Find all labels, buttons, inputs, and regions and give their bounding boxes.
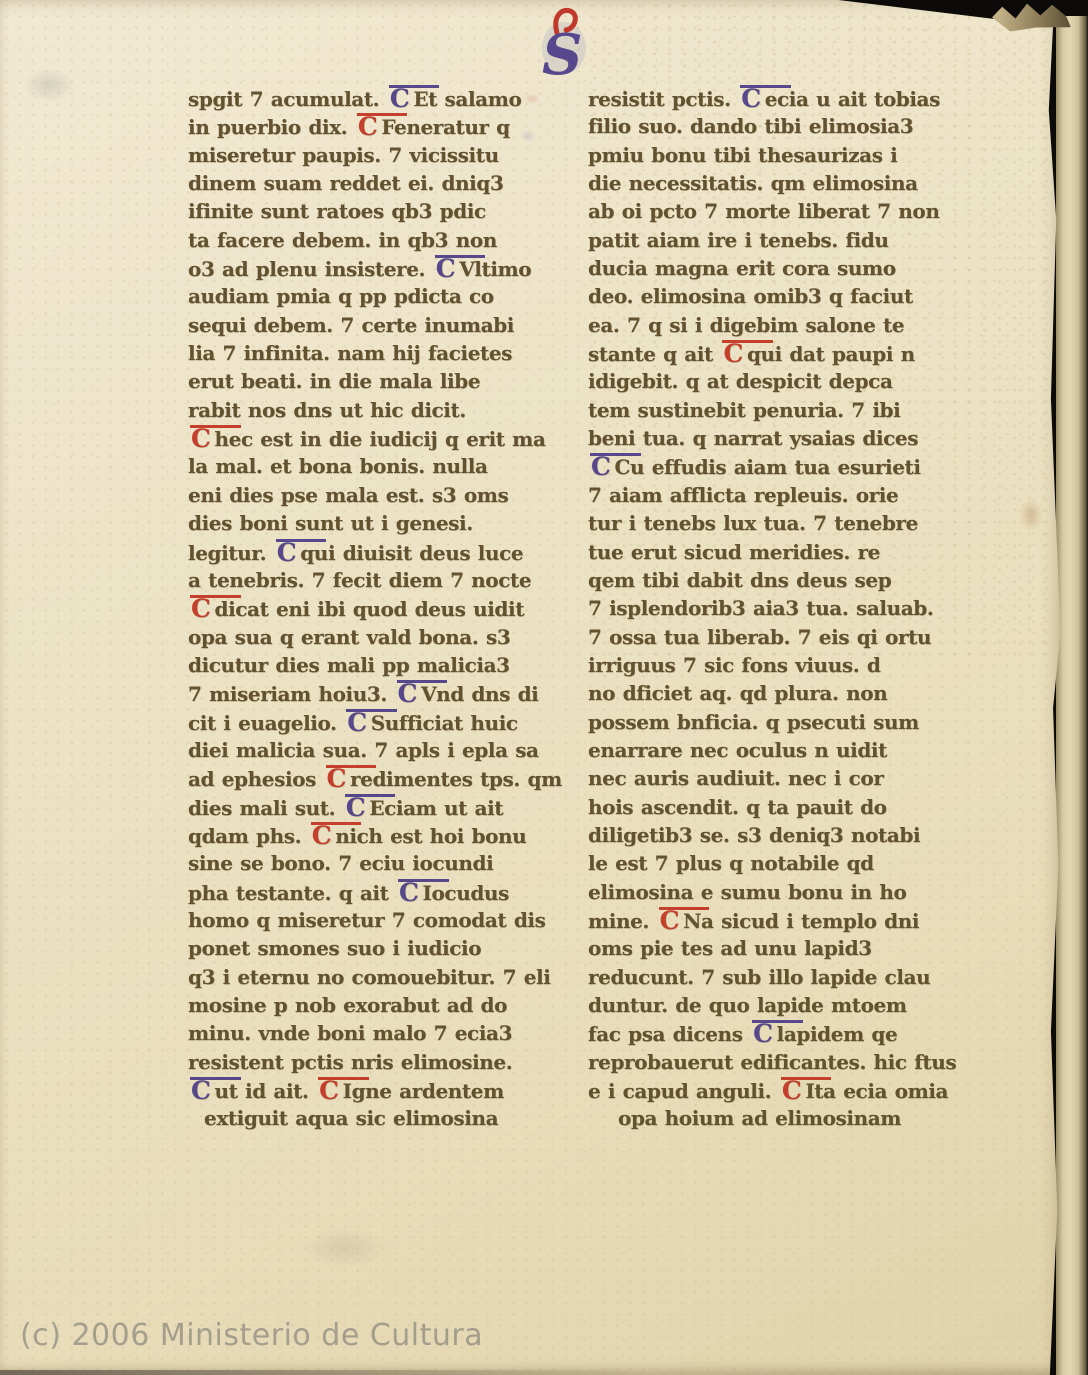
manuscript-line: tem sustinebit penuria. 7 ibi bbox=[588, 396, 990, 424]
manuscript-line: 7 miseriam hoiu3. CVnd dns di bbox=[188, 679, 570, 707]
manuscript-line: e i capud anguli. CIta ecia omia bbox=[588, 1076, 990, 1104]
manuscript-line: diligetib3 se. s3 deniq3 notabi bbox=[588, 821, 990, 849]
manuscript-line: no dficiet aq. qd plura. non bbox=[588, 679, 990, 707]
manuscript-line: idigebit. q at despicit depca bbox=[588, 367, 990, 395]
manuscript-line: 7 ossa tua liberab. 7 eis qi ortu bbox=[588, 623, 990, 651]
manuscript-line: minu. vnde boni malo 7 ecia3 bbox=[188, 1019, 570, 1047]
manuscript-line: tue erut sicud meridies. re bbox=[588, 538, 990, 566]
paraph-mark: C bbox=[326, 765, 377, 789]
text-column-right: resistit pctis. Cecia u ait tobiasfilio … bbox=[588, 84, 990, 1133]
paraph-mark: C bbox=[276, 539, 327, 563]
manuscript-line: lia 7 infinita. nam hij facietes bbox=[188, 339, 570, 367]
manuscript-line: possem bnficia. q psecuti sum bbox=[588, 708, 990, 736]
manuscript-line: sine se bono. 7 eciu iocundi bbox=[188, 849, 570, 877]
manuscript-line: Cdicat eni ibi quod deus uidit bbox=[188, 594, 570, 622]
manuscript-line: die necessitatis. qm elimosina bbox=[588, 169, 990, 197]
manuscript-line: la mal. et bona bonis. nulla bbox=[188, 452, 570, 480]
manuscript-line: nec auris audiuit. nec i cor bbox=[588, 764, 990, 792]
manuscript-line: 7 isplendorib3 aia3 tua. saluab. bbox=[588, 594, 990, 622]
manuscript-line: le est 7 plus q notabile qd bbox=[588, 849, 990, 877]
paraph-mark: C bbox=[659, 907, 710, 931]
manuscript-line: o3 ad plenu insistere. CVltimo bbox=[188, 254, 570, 282]
manuscript-line: extiguit aqua sic elimosina bbox=[188, 1104, 570, 1132]
manuscript-line: opa hoium ad elimosinam bbox=[588, 1104, 990, 1132]
stain bbox=[290, 1222, 400, 1274]
paraph-mark: C bbox=[722, 340, 773, 364]
manuscript-line: 7 aiam afflicta repleuis. orie bbox=[588, 481, 990, 509]
manuscript-line: spgit 7 acumulat. CEt salamo bbox=[188, 84, 570, 112]
manuscript-line: cit i euagelio. CSufficiat huic bbox=[188, 708, 570, 736]
manuscript-line: resistit pctis. Cecia u ait tobias bbox=[588, 84, 990, 112]
pencil-smudge bbox=[14, 62, 84, 108]
manuscript-line: hois ascendit. q ta pauit do bbox=[588, 793, 990, 821]
paraph-mark: C bbox=[190, 425, 241, 449]
manuscript-line: ponet smones suo i iudicio bbox=[188, 934, 570, 962]
manuscript-line: stante q ait Cqui dat paupi n bbox=[588, 339, 990, 367]
copyright-watermark: (c) 2006 Ministerio de Cultura bbox=[20, 1318, 483, 1353]
manuscript-line: patit aiam ire i tenebs. fidu bbox=[588, 226, 990, 254]
manuscript-line: mosine p nob exorabut ad do bbox=[188, 991, 570, 1019]
manuscript-line: pha testante. q ait CIocudus bbox=[188, 878, 570, 906]
manuscript-line: ab oi pcto 7 morte liberat 7 non bbox=[588, 197, 990, 225]
manuscript-line: audiam pmia q pp pdicta co bbox=[188, 282, 570, 310]
manuscript-line: in puerbio dix. CFeneratur q bbox=[188, 112, 570, 140]
manuscript-line: fac psa dicens Clapidem qe bbox=[588, 1019, 990, 1047]
manuscript-line: opa sua q erant vald bona. s3 bbox=[188, 623, 570, 651]
manuscript-line: duntur. de quo lapide mtoem bbox=[588, 991, 990, 1019]
stain bbox=[1014, 492, 1048, 538]
manuscript-line: homo q miseretur 7 comodat dis bbox=[188, 906, 570, 934]
paraph-mark: C bbox=[397, 680, 448, 704]
paraph-mark: C bbox=[190, 595, 241, 619]
manuscript-line: enarrare nec oculus n uidit bbox=[588, 736, 990, 764]
manuscript-line: pmiu bonu tibi thesaurizas i bbox=[588, 141, 990, 169]
manuscript-line: CCu effudis aiam tua esurieti bbox=[588, 452, 990, 480]
manuscript-line: sequi debem. 7 certe inumabi bbox=[188, 311, 570, 339]
paraph-mark: C bbox=[781, 1077, 832, 1101]
paraph-mark: C bbox=[357, 113, 408, 137]
manuscript-line: mine. CNa sicud i templo dni bbox=[588, 906, 990, 934]
manuscript-line: legitur. Cqui diuisit deus luce bbox=[188, 538, 570, 566]
paraph-mark: C bbox=[389, 85, 440, 109]
manuscript-line: ad ephesios Credimentes tps. qm bbox=[188, 764, 570, 792]
manuscript-line: irriguus 7 sic fons viuus. d bbox=[588, 651, 990, 679]
manuscript-line: erut beati. in die mala libe bbox=[188, 367, 570, 395]
paraph-mark: C bbox=[311, 822, 362, 846]
paraph-mark: C bbox=[435, 255, 486, 279]
text-column-left: spgit 7 acumulat. CEt salamoin puerbio d… bbox=[188, 84, 570, 1133]
paraph-mark: C bbox=[190, 1077, 241, 1101]
paraph-mark: C bbox=[318, 1077, 369, 1101]
manuscript-line: resistent pctis nris elimosine. bbox=[188, 1048, 570, 1076]
manuscript-line: a tenebris. 7 fecit diem 7 nocte bbox=[188, 566, 570, 594]
manuscript-line: Chec est in die iudicij q erit ma bbox=[188, 424, 570, 452]
paraph-mark: C bbox=[346, 709, 397, 733]
manuscript-line: rabit nos dns ut hic dicit. bbox=[188, 396, 570, 424]
manuscript-line: ta facere debem. in qb3 non bbox=[188, 226, 570, 254]
manuscript-line: oms pie tes ad unu lapid3 bbox=[588, 934, 990, 962]
manuscript-line: miseretur paupis. 7 vicissitu bbox=[188, 141, 570, 169]
manuscript-line: ducia magna erit cora sumo bbox=[588, 254, 990, 282]
ornament-letter: S bbox=[542, 22, 582, 86]
paraph-mark: C bbox=[590, 453, 641, 477]
manuscript-line: beni tua. q narrat ysaias dices bbox=[588, 424, 990, 452]
manuscript-photo: S spgit 7 acumulat. CEt salamoin puerbio… bbox=[0, 0, 1088, 1375]
manuscript-line: deo. elimosina omib3 q faciut bbox=[588, 282, 990, 310]
manuscript-line: filio suo. dando tibi elimosia3 bbox=[588, 112, 990, 140]
manuscript-line: diei malicia sua. 7 apls i epla sa bbox=[188, 736, 570, 764]
manuscript-line: qdam phs. Cnich est hoi bonu bbox=[188, 821, 570, 849]
manuscript-line: dies mali sut. CEciam ut ait bbox=[188, 793, 570, 821]
manuscript-line: ea. 7 q si i digebim salone te bbox=[588, 311, 990, 339]
manuscript-line: eni dies pse mala est. s3 oms bbox=[188, 481, 570, 509]
manuscript-line: dies boni sunt ut i genesi. bbox=[188, 509, 570, 537]
manuscript-line: ifinite sunt ratoes qb3 pdic bbox=[188, 197, 570, 225]
manuscript-line: elimosina e sumu bonu in ho bbox=[588, 878, 990, 906]
manuscript-line: dicutur dies mali pp malicia3 bbox=[188, 651, 570, 679]
manuscript-line: reprobauerut edificantes. hic ftus bbox=[588, 1048, 990, 1076]
manuscript-line: reducunt. 7 sub illo lapide clau bbox=[588, 963, 990, 991]
parchment-leaf: S spgit 7 acumulat. CEt salamoin puerbio… bbox=[0, 0, 1068, 1375]
manuscript-line: q3 i eternu no comouebitur. 7 eli bbox=[188, 963, 570, 991]
quire-signature-ornament: S bbox=[524, 4, 594, 86]
paraph-mark: C bbox=[740, 85, 791, 109]
manuscript-line: dinem suam reddet ei. dniq3 bbox=[188, 169, 570, 197]
manuscript-line: Cut id ait. CIgne ardentem bbox=[188, 1076, 570, 1104]
paraph-mark: C bbox=[398, 879, 449, 903]
page-edge-stack bbox=[1056, 16, 1088, 1375]
page-bottom-edge bbox=[0, 1370, 760, 1375]
paraph-mark: C bbox=[345, 794, 396, 818]
paraph-mark: C bbox=[752, 1020, 803, 1044]
manuscript-line: tur i tenebs lux tua. 7 tenebre bbox=[588, 509, 990, 537]
manuscript-line: qem tibi dabit dns deus sep bbox=[588, 566, 990, 594]
